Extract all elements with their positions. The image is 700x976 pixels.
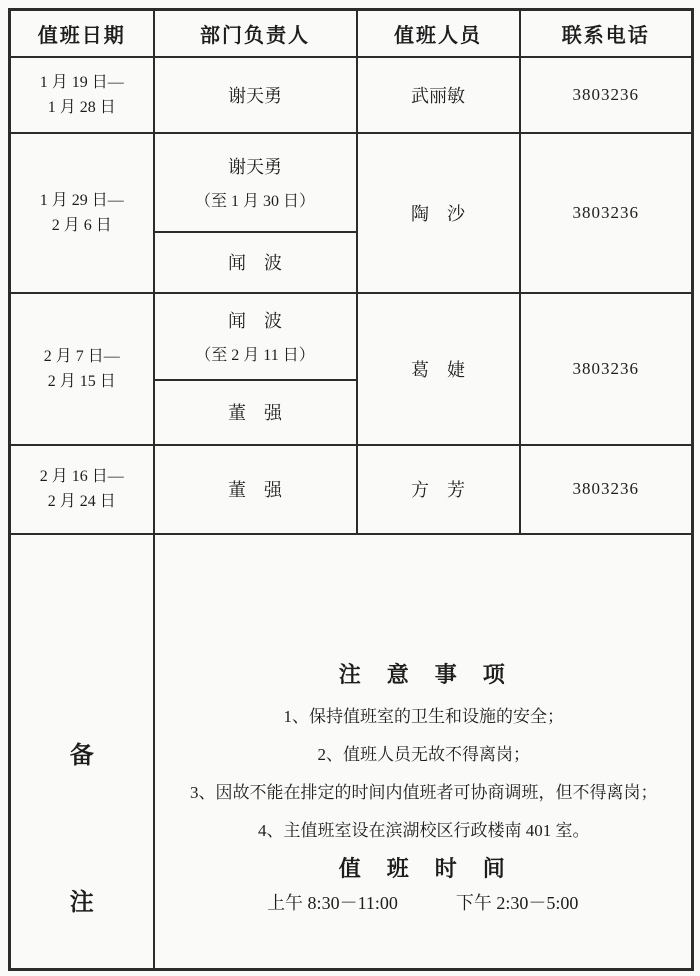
- duty-person-name: 方 芳: [357, 445, 520, 534]
- remarks-label-char-zhu: 注: [70, 882, 94, 917]
- leader-name: 谢天勇 （至 1 月 30 日）: [154, 133, 357, 232]
- leader-with-note: 闻 波 （至 2 月 11 日）: [155, 307, 356, 365]
- leader-name-text: 闻 波: [228, 307, 282, 333]
- date-line-2: 2 月 24 日: [11, 489, 153, 514]
- header-contact-phone: 联系电话: [520, 10, 693, 57]
- remarks-row: 备 注 注 意 事 项 1、保持值班室的卫生和设施的安全； 2、值班人员无故不得…: [10, 534, 693, 970]
- duty-time-title: 值 班 时 间: [155, 854, 692, 884]
- remarks-label-char-bei: 备: [70, 735, 94, 770]
- table-row: 1 月 29 日— 2 月 6 日 谢天勇 （至 1 月 30 日） 陶 沙 3…: [10, 133, 693, 232]
- contact-phone: 3803236: [520, 133, 693, 293]
- notice-item-4: 4、主值班室设在滨湖校区行政楼南 401 室。: [155, 812, 692, 850]
- date-range: 1 月 29 日— 2 月 6 日: [10, 133, 154, 293]
- notice-title: 注 意 事 项: [155, 660, 692, 690]
- table-row: 2 月 16 日— 2 月 24 日 董 强 方 芳 3803236: [10, 445, 693, 534]
- duty-person-name: 武丽敏: [357, 57, 520, 133]
- duty-time-morning: 上午 8:30－11:00: [267, 893, 398, 913]
- leader-name: 董 强: [154, 380, 357, 445]
- date-line-1: 1 月 19 日—: [11, 70, 153, 95]
- date-line-2: 1 月 28 日: [11, 95, 153, 120]
- table-row: 1 月 19 日— 1 月 28 日 谢天勇 武丽敏 3803236: [10, 57, 693, 133]
- duty-time-values: 上午 8:30－11:00下午 2:30－5:00: [155, 886, 692, 920]
- duty-person-name: 葛 婕: [357, 293, 520, 445]
- duty-schedule-table: 值班日期 部门负责人 值班人员 联系电话 1 月 19 日— 1 月 28 日 …: [8, 8, 694, 971]
- date-line-2: 2 月 6 日: [11, 213, 153, 238]
- table-row: 2 月 7 日— 2 月 15 日 闻 波 （至 2 月 11 日） 葛 婕 3…: [10, 293, 693, 380]
- contact-phone: 3803236: [520, 293, 693, 445]
- notice-item-1: 1、保持值班室的卫生和设施的安全；: [155, 698, 692, 736]
- contact-phone: 3803236: [520, 57, 693, 133]
- duty-time-afternoon: 下午 2:30－5:00: [456, 893, 579, 913]
- duty-person-name: 陶 沙: [357, 133, 520, 293]
- date-range: 2 月 7 日— 2 月 15 日: [10, 293, 154, 445]
- remarks-label: 备 注: [11, 585, 153, 917]
- leader-name: 董 强: [154, 445, 357, 534]
- leader-name-text: 谢天勇: [228, 153, 282, 179]
- leader-until-note: （至 2 月 11 日）: [195, 342, 314, 365]
- remarks-content: 注 意 事 项 1、保持值班室的卫生和设施的安全； 2、值班人员无故不得离岗； …: [155, 582, 692, 920]
- leader-name: 闻 波 （至 2 月 11 日）: [154, 293, 357, 380]
- contact-phone: 3803236: [520, 445, 693, 534]
- date-line-2: 2 月 15 日: [11, 369, 153, 394]
- remarks-content-cell: 注 意 事 项 1、保持值班室的卫生和设施的安全； 2、值班人员无故不得离岗； …: [154, 534, 693, 970]
- header-duty-date: 值班日期: [10, 10, 154, 57]
- leader-with-note: 谢天勇 （至 1 月 30 日）: [155, 153, 356, 211]
- date-range: 1 月 19 日— 1 月 28 日: [10, 57, 154, 133]
- date-range: 2 月 16 日— 2 月 24 日: [10, 445, 154, 534]
- date-line-1: 2 月 16 日—: [11, 464, 153, 489]
- date-line-1: 1 月 29 日—: [11, 188, 153, 213]
- header-department-leader: 部门负责人: [154, 10, 357, 57]
- notice-item-3: 3、因故不能在排定的时间内值班者可协商调班，但不得离岗；: [155, 774, 692, 812]
- leader-name: 谢天勇: [154, 57, 357, 133]
- date-line-1: 2 月 7 日—: [11, 344, 153, 369]
- header-duty-person: 值班人员: [357, 10, 520, 57]
- notice-item-2: 2、值班人员无故不得离岗；: [155, 736, 692, 774]
- remarks-label-cell: 备 注: [10, 534, 154, 970]
- table-header-row: 值班日期 部门负责人 值班人员 联系电话: [10, 10, 693, 57]
- leader-until-note: （至 1 月 30 日）: [195, 188, 315, 211]
- duty-schedule-page: 值班日期 部门负责人 值班人员 联系电话 1 月 19 日— 1 月 28 日 …: [0, 0, 700, 976]
- leader-name: 闻 波: [154, 232, 357, 293]
